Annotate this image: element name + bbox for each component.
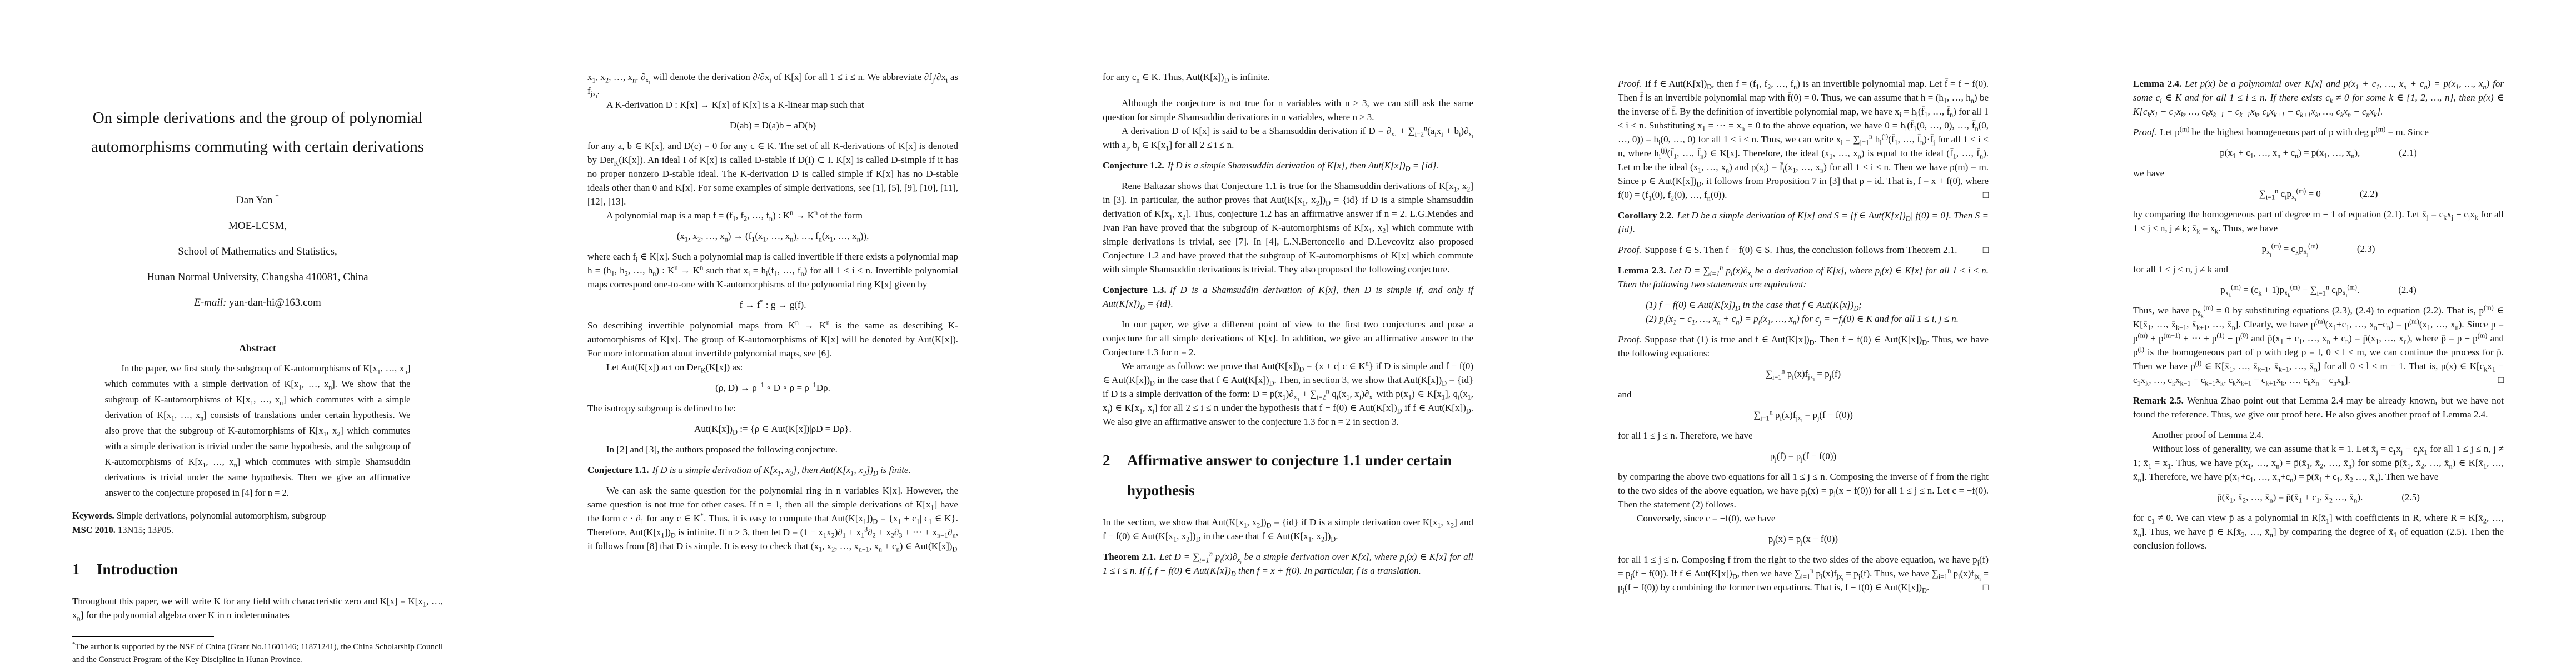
section-number: 2: [1103, 445, 1127, 505]
page-5: Lemma 2.4.Let p(x) be a polynomial over …: [2061, 0, 2576, 667]
paragraph: for c1 ≠ 0. We can view p̄ as a polynomi…: [2133, 511, 2504, 552]
page-1: On simple derivations and the group of p…: [0, 0, 515, 667]
paragraph: Although the conjecture is not true for …: [1103, 96, 1473, 124]
keywords-line: Keywords. Simple derivations, polynomial…: [72, 509, 443, 523]
equation: p(x1 + c1, …, xn + cn) = p(x1, …, xn),: [2220, 147, 2360, 158]
display-equation: (ρ, D) → ρ−1 ∘ D ∘ ρ = ρ−1Dρ.: [587, 381, 958, 395]
paper-sheet: arXiv:1808.07612v3 [math.AG] 23 Jan 2020…: [0, 0, 2576, 667]
paragraph: by comparing the homogeneous part of deg…: [2133, 207, 2504, 235]
author: Dan Yan *: [72, 188, 443, 213]
email-address: yan-dan-hi@163.com: [229, 297, 321, 308]
paragraph: In [2] and [3], the authors proposed the…: [587, 442, 958, 456]
page-2: x1, x2, …, xn. ∂xi will denote the deriv…: [515, 0, 1030, 667]
paragraph: we have: [2133, 166, 2504, 180]
page-3: for any cn ∈ K. Thus, Aut(K[x])D is infi…: [1030, 0, 1546, 667]
equation: pxk(m) = (ck + 1)px̄k(m) − ∑i=1n cipx̄i(…: [2220, 285, 2359, 295]
paragraph: So describing invertible polynomial maps…: [587, 318, 958, 360]
paragraph: for any a, b ∈ K[x], and D(c) = 0 for an…: [587, 139, 958, 208]
paragraph: A polynomial map is a map f = (f1, f2, ……: [587, 208, 958, 222]
theorem-label: Theorem 2.1.: [1103, 551, 1156, 562]
equation: f → f* : g → g(f).: [740, 300, 806, 310]
equation: (ρ, D) → ρ−1 ∘ D ∘ ρ = ρ−1Dρ.: [715, 382, 830, 393]
theorem-body: Let p(x) be a polynomial over K[x] and p…: [2133, 78, 2504, 117]
theorem: Theorem 2.1.Let D = ∑i=1n pi(x)∂xi be a …: [1103, 550, 1473, 578]
proof-label: Proof.: [1618, 334, 1641, 345]
equation: (x1, x2, …, xn) → (f1(x1, …, xn), …, fn(…: [677, 231, 869, 241]
display-equation: pxj(m) = ckpx̄j(m)(2.3): [2133, 242, 2504, 256]
proof-body: Suppose f ∈ S. Then f − f(0) ∈ S. Thus, …: [1645, 245, 1957, 255]
keywords-label: Keywords.: [72, 510, 114, 521]
page-4: Proof.If f ∈ Aut(K[x])D, then f = (f1, f…: [1546, 0, 2061, 667]
section-heading-1: 1 Introduction: [72, 554, 443, 584]
theorem: Conjecture 1.1.If D is a simple derivati…: [587, 463, 958, 477]
theorem: Lemma 2.4.Let p(x) be a polynomial over …: [2133, 77, 2504, 118]
theorem: Conjecture 1.2.If D is a simple Shamsudd…: [1103, 158, 1473, 172]
list-item: (2) pi(x1 + c1, …, xn + cn) = pi(x1, …, …: [1618, 312, 1989, 326]
section-title: Introduction: [97, 554, 443, 584]
section-title: Affirmative answer to conjecture 1.1 und…: [1127, 445, 1473, 505]
paragraph: for all 1 ≤ j ≤ n. Composing f from the …: [1618, 552, 1989, 594]
paragraph: A K-derivation D : K[x] → K[x] of K[x] i…: [587, 98, 958, 112]
paragraph: We can ask the same question for the pol…: [587, 484, 958, 553]
proof: Proof.Suppose f ∈ S. Then f − f(0) ∈ S. …: [1618, 243, 1989, 257]
paragraph: for all 1 ≤ j ≤ n, j ≠ k and: [2133, 262, 2504, 276]
display-equation: ∑i=1n cipxi(m) = 0(2.2): [2133, 187, 2504, 201]
qed-box: □: [1983, 188, 1989, 202]
theorem-label: Corollary 2.2.: [1618, 210, 1673, 221]
paragraph: In the section, we show that Aut(K[x1, x…: [1103, 515, 1473, 543]
paragraph: where each fi ∈ K[x]. Such a polynomial …: [587, 250, 958, 291]
equation: D(ab) = D(a)b + aD(b): [730, 120, 816, 131]
paragraph: Thus, we have px̄k(m) = 0 by substitutin…: [2133, 303, 2504, 387]
display-equation: (x1, x2, …, xn) → (f1(x1, …, xn), …, fn(…: [587, 229, 958, 243]
theorem-label: Lemma 2.3.: [1618, 265, 1666, 276]
affiliation-line: Hunan Normal University, Changsha 410081…: [72, 265, 443, 290]
paragraph: Let Aut(K[x]) act on DerK(K[x]) as:: [587, 360, 958, 374]
display-equation: p̄(x̄1, x̄2, …, x̄n) = p̄(x̄1 + c1, x̄2 …: [2133, 490, 2504, 504]
qed-box: □: [1983, 580, 1989, 594]
theorem-body: Let D be a simple derivation of K[x] and…: [1618, 210, 1989, 235]
proof-label: Proof.: [1618, 245, 1641, 255]
paragraph: by comparing the above two equations for…: [1618, 470, 1989, 511]
abstract-heading: Abstract: [105, 342, 411, 354]
paragraph: In our paper, we give a different point …: [1103, 317, 1473, 359]
equation-number: (2.1): [2399, 147, 2417, 158]
remark-body: Wenhua Zhao point out that Lemma 2.4 may…: [2133, 395, 2504, 420]
theorem: Conjecture 1.3.If D is a Shamsuddin deri…: [1103, 283, 1473, 311]
msc-text: 13N15; 13P05.: [118, 525, 173, 535]
proof: Proof.Suppose that (1) is true and f ∈ A…: [1618, 332, 1989, 360]
equation: ∑i=1n pi(x)fjxi = pj(f): [1766, 369, 1841, 379]
paragraph: Conversely, since c = −f(0), we have: [1618, 511, 1989, 525]
proof: Proof.If f ∈ Aut(K[x])D, then f = (f1, f…: [1618, 77, 1989, 202]
theorem-body: If D is a simple Shamsuddin derivation o…: [1168, 160, 1439, 171]
remark: Remark 2.5.Wenhua Zhao point out that Le…: [2133, 394, 2504, 421]
abstract-text: In the paper, we first study the subgrou…: [105, 361, 411, 501]
display-equation: pj(x) = pj(x − f(0)): [1618, 532, 1989, 546]
abstract: Abstract In the paper, we first study th…: [105, 342, 411, 501]
paragraph: for all 1 ≤ j ≤ n. Therefore, we have: [1618, 429, 1989, 442]
keywords-text: Simple derivations, polynomial automorph…: [117, 510, 326, 521]
equation-number: (2.3): [2357, 243, 2375, 254]
proof-label: Proof.: [2133, 127, 2156, 137]
remark-label: Remark 2.5.: [2133, 395, 2184, 406]
theorem: Corollary 2.2.Let D be a simple derivati…: [1618, 208, 1989, 236]
equation: p̄(x̄1, x̄2, …, x̄n) = p̄(x̄1 + c1, x̄2 …: [2217, 492, 2363, 502]
theorem-body: Let D = ∑i=1n pi(x)∂xi be a simple deriv…: [1103, 551, 1473, 576]
display-equation: D(ab) = D(a)b + aD(b): [587, 118, 958, 132]
qed-box: □: [1983, 243, 1989, 257]
display-equation: pj(f) = pj(f − f(0)): [1618, 449, 1989, 463]
equation: ∑i=1n pi(x)fjxi = pj(f − f(0)): [1753, 410, 1853, 420]
proof-body: Thus, we have px̄k(m) = 0 by substitutin…: [2133, 305, 2504, 385]
paragraph: Rene Baltazar shows that Conjecture 1.1 …: [1103, 179, 1473, 276]
section-number: 1: [72, 554, 97, 584]
paper-title: On simple derivations and the group of p…: [86, 103, 430, 161]
proof-body: for all 1 ≤ j ≤ n. Composing f from the …: [1618, 554, 1989, 593]
equation: pxj(m) = ckpx̄j(m): [2262, 243, 2318, 254]
proof: Proof.Let p(m) be the highest homogeneou…: [2133, 125, 2504, 139]
paragraph: Another proof of Lemma 2.4.: [2133, 428, 2504, 442]
paragraph: and: [1618, 387, 1989, 401]
equation: pj(x) = pj(x − f(0)): [1768, 534, 1838, 544]
email-label: E-mail:: [194, 297, 226, 308]
affiliation-line: MOE-LCSM,: [72, 213, 443, 239]
paragraph: We arrange as follow: we prove that Aut(…: [1103, 359, 1473, 429]
theorem: Lemma 2.3.Let D = ∑i=1n pi(x)∂xi be a de…: [1618, 263, 1989, 291]
equation-number: (2.2): [2360, 188, 2378, 199]
theorem-label: Conjecture 1.2.: [1103, 160, 1164, 171]
equation-number: (2.5): [2401, 492, 2420, 502]
paragraph: Without loss of generality, we can assum…: [2133, 442, 2504, 484]
display-equation: ∑i=1n pi(x)fjxi = pj(f − f(0)): [1618, 408, 1989, 422]
footnote-rule: [72, 636, 214, 637]
proof-label: Proof.: [1618, 78, 1641, 89]
msc-line: MSC 2010. 13N15; 13P05.: [72, 523, 443, 537]
qed-box: □: [2498, 373, 2504, 387]
section-heading-2: 2 Affirmative answer to conjecture 1.1 u…: [1103, 445, 1473, 505]
proof-body: Suppose that (1) is true and f ∈ Aut(K[x…: [1618, 334, 1989, 359]
paragraph: Throughout this paper, we will write K f…: [72, 594, 443, 622]
footnote: *The author is supported by the NSF of C…: [72, 641, 443, 666]
equation: Aut(K[x])D := {ρ ∈ Aut(K[x])|ρD = Dρ}.: [694, 424, 851, 434]
display-equation: pxk(m) = (ck + 1)px̄k(m) − ∑i=1n cipx̄i(…: [2133, 283, 2504, 297]
paragraph: x1, x2, …, xn. ∂xi will denote the deriv…: [587, 70, 958, 98]
author-block: Dan Yan * MOE-LCSM, School of Mathematic…: [72, 188, 443, 316]
equation: pj(f) = pj(f − f(0)): [1770, 451, 1836, 461]
paragraph: The isotropy subgroup is defined to be:: [587, 401, 958, 415]
proof-body: If f ∈ Aut(K[x])D, then f = (f1, f2, …, …: [1618, 78, 1989, 200]
display-equation: p(x1 + c1, …, xn + cn) = p(x1, …, xn),(2…: [2133, 146, 2504, 160]
theorem-body: Let D = ∑i=1n pi(x)∂xi be a derivation o…: [1618, 265, 1989, 290]
display-equation: f → f* : g → g(f).: [587, 298, 958, 312]
paragraph: for any cn ∈ K. Thus, Aut(K[x])D is infi…: [1103, 70, 1473, 84]
theorem-label: Lemma 2.4.: [2133, 78, 2181, 89]
equation-number: (2.4): [2398, 285, 2416, 295]
list-item: (1) f − f(0) ∈ Aut(K[x])D in the case th…: [1618, 298, 1989, 312]
theorem-label: Conjecture 1.1.: [587, 465, 649, 475]
theorem-label: Conjecture 1.3.: [1103, 285, 1167, 295]
msc-label: MSC 2010.: [72, 525, 116, 535]
proof-body: Let p(m) be the highest homogeneous part…: [2160, 127, 2429, 137]
affiliation-line: School of Mathematics and Statistics,: [72, 239, 443, 265]
equation: ∑i=1n cipxi(m) = 0: [2259, 188, 2321, 199]
theorem-body: If D is a simple derivation of K[x1, x2]…: [652, 465, 911, 475]
display-equation: ∑i=1n pi(x)fjxi = pj(f): [1618, 367, 1989, 381]
email-line: E-mail: yan-dan-hi@163.com: [72, 290, 443, 316]
paragraph: A derivation D of K[x] is said to be a S…: [1103, 124, 1473, 152]
display-equation: Aut(K[x])D := {ρ ∈ Aut(K[x])|ρD = Dρ}.: [587, 422, 958, 436]
